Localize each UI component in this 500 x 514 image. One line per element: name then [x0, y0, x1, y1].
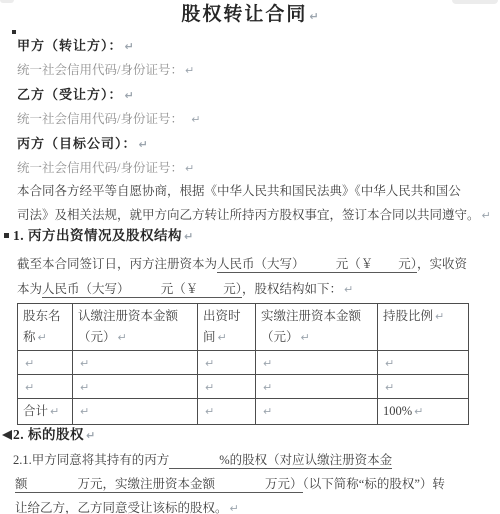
- paragraph-mark: ↵: [184, 230, 193, 243]
- paragraph-mark: ↵: [50, 405, 59, 418]
- empty-cell: ↵: [256, 375, 378, 399]
- header-cell-paid-capital: 实缴注册资本金额（元）↵: [256, 304, 378, 351]
- shareholder-table: 股东名称↵ 认缴注册资本金额（元）↵ 出资时间↵ 实缴注册资本金额（元）↵ 持股…: [17, 303, 469, 425]
- document-title: 股权转让合同↵: [0, 3, 500, 29]
- capital-line-1-pre: 截至本合同签订日，丙方注册资本为: [17, 257, 217, 271]
- empty-cell: ↵: [256, 351, 378, 375]
- document-title-text: 股权转让合同: [181, 4, 307, 25]
- empty-cell: ↵: [256, 399, 378, 425]
- paragraph-mark: ↵: [80, 357, 89, 370]
- table-row: ↵ ↵ ↵ ↵ ↵: [18, 375, 469, 399]
- empty-cell: ↵: [18, 351, 73, 375]
- clause-2-1-pre: 2.1.甲方同意将其持有的丙方: [13, 453, 169, 467]
- document-page: 股权转让合同↵ 甲方（转让方）：↵ 统一社会信用代码/身份证号：↵ 乙方（受让方…: [0, 0, 500, 514]
- party-b-credit-code-text: 统一社会信用代码/身份证号：: [17, 112, 189, 126]
- party-b-label-text: 乙方（受让方）：: [17, 87, 123, 102]
- clause-2-1-line-3-text: 让给乙方，乙方同意受让该标的股权。: [15, 501, 228, 514]
- paragraph-mark: ↵: [205, 357, 214, 370]
- section1-heading: 1. 丙方出资情况及股权结构↵: [13, 228, 193, 245]
- empty-cell: ↵: [198, 375, 256, 399]
- paragraph-mark: ↵: [185, 64, 194, 77]
- preamble-line-2-text: 司法》及相关法规，就甲方向乙方转让所持丙方股权事宜，签订本合同以共同遵守。: [17, 208, 480, 222]
- empty-cell: ↵: [73, 399, 198, 425]
- header-subscribed-line1: 认缴注册资本金额: [78, 306, 195, 327]
- empty-cell: ↵: [73, 375, 198, 399]
- total-label-text: 合计: [23, 404, 48, 418]
- preamble-line-2: 司法》及相关法规，就甲方向乙方转让所持丙方股权事宜，签订本合同以共同遵守。↵: [17, 207, 491, 224]
- header-time-line1: 出资时: [203, 306, 253, 327]
- clause-2-1-blank-2: 额 万元，实缴注册资本金额 万元）: [15, 477, 303, 493]
- clause-2-1-post: （以下简称“标的股权”）转: [303, 477, 445, 491]
- header-paid-line1: 实缴注册资本金额: [261, 306, 375, 327]
- clause-2-1-line-2: 额 万元，实缴注册资本金额 万元）（以下简称“标的股权”）转: [15, 476, 445, 492]
- paragraph-mark: ↵: [301, 331, 310, 344]
- paragraph-mark: ↵: [185, 162, 194, 175]
- header-shareholder-line2: 称: [23, 330, 36, 344]
- paragraph-mark: ↵: [414, 405, 423, 418]
- paragraph-mark: ↵: [118, 331, 127, 344]
- party-a-label-text: 甲方（转让方）：: [17, 38, 123, 53]
- section1-bullet-icon: [4, 233, 9, 238]
- header-cell-share-ratio: 持股比例↵: [378, 304, 469, 351]
- section2-collapse-triangle-icon: [2, 430, 12, 440]
- table-header-row: 股东名称↵ 认缴注册资本金额（元）↵ 出资时间↵ 实缴注册资本金额（元）↵ 持股…: [18, 304, 469, 351]
- paragraph-mark: ↵: [25, 381, 34, 394]
- header-cell-shareholder: 股东名称↵: [18, 304, 73, 351]
- party-b-credit-code-line: 统一社会信用代码/身份证号： ↵: [17, 111, 200, 128]
- section2-heading-text: 2. 标的股权: [13, 427, 84, 442]
- paragraph-mark: ↵: [125, 89, 134, 102]
- preamble-line-1: 本合同各方经平等自愿协商，根据《中华人民共和国民法典》《中华人民共和国公: [17, 183, 461, 199]
- capital-blank-2: 人民币（大写） 元（￥ 元）: [42, 282, 242, 298]
- header-cell-subscribed-capital: 认缴注册资本金额（元）↵: [73, 304, 198, 351]
- empty-cell: ↵: [198, 399, 256, 425]
- total-label-cell: 合计↵: [18, 399, 73, 425]
- capital-line-2-pre: 本为: [17, 282, 42, 296]
- paragraph-mark: ↵: [309, 10, 318, 23]
- party-c-label-text: 丙方（目标公司）：: [17, 136, 137, 151]
- party-b-label: 乙方（受让方）：↵: [17, 87, 134, 104]
- empty-cell: ↵: [18, 375, 73, 399]
- paragraph-mark: ↵: [218, 331, 227, 344]
- paragraph-mark: ↵: [25, 357, 34, 370]
- party-c-credit-code-text: 统一社会信用代码/身份证号：: [17, 161, 183, 175]
- empty-cell: ↵: [378, 351, 469, 375]
- paragraph-mark: ↵: [263, 405, 272, 418]
- paragraph-mark: ↵: [385, 357, 394, 370]
- paragraph-mark: ↵: [86, 429, 95, 442]
- paragraph-mark: ↵: [263, 381, 272, 394]
- party-c-credit-code-line: 统一社会信用代码/身份证号：↵: [17, 160, 194, 177]
- paragraph-mark: ↵: [125, 40, 134, 53]
- capital-line-2-post: ，股权结构如下：: [242, 282, 342, 296]
- header-shareholder-line1: 股东名: [23, 306, 70, 327]
- capital-line-1: 截至本合同签订日，丙方注册资本为人民币（大写） 元（￥ 元），实收资: [17, 256, 467, 272]
- empty-cell: ↵: [73, 351, 198, 375]
- empty-cell: ↵: [198, 351, 256, 375]
- header-cell-contribution-time: 出资时间↵: [198, 304, 256, 351]
- party-a-label: 甲方（转让方）：↵: [17, 38, 134, 55]
- empty-cell: ↵: [378, 375, 469, 399]
- clause-2-1-line-3: 让给乙方，乙方同意受让该标的股权。↵: [15, 500, 239, 514]
- clause-2-1-blank-1: %的股权（对应认缴注册资本金: [169, 453, 392, 469]
- header-subscribed-line2: （元）: [78, 330, 116, 344]
- header-time-line2: 间: [203, 330, 216, 344]
- total-ratio-cell: 100%↵: [378, 399, 469, 425]
- paragraph-mark: ↵: [435, 310, 444, 323]
- paragraph-mark: ↵: [230, 502, 239, 514]
- paragraph-mark: ↵: [385, 381, 394, 394]
- header-paid-line2: （元）: [261, 330, 299, 344]
- capital-line-2: 本为人民币（大写） 元（￥ 元），股权结构如下：↵: [17, 281, 353, 298]
- party-c-label: 丙方（目标公司）：↵: [17, 136, 148, 153]
- capital-blank-1: 人民币（大写） 元（￥ 元）: [217, 257, 417, 273]
- party-a-credit-code-text: 统一社会信用代码/身份证号：: [17, 63, 183, 77]
- table-total-row: 合计↵ ↵ ↵ ↵ 100%↵: [18, 399, 469, 425]
- paragraph-mark: ↵: [191, 113, 200, 126]
- paragraph-mark: ↵: [80, 381, 89, 394]
- anchor-square-icon: [12, 30, 16, 34]
- paragraph-mark: ↵: [139, 138, 148, 151]
- clause-2-1-line-1: 2.1.甲方同意将其持有的丙方 %的股权（对应认缴注册资本金: [13, 452, 392, 468]
- header-ratio-line1: 持股比例: [383, 309, 433, 323]
- paragraph-mark: ↵: [482, 209, 491, 222]
- paragraph-mark: ↵: [80, 405, 89, 418]
- paragraph-mark: ↵: [344, 283, 353, 296]
- paragraph-mark: ↵: [205, 405, 214, 418]
- table-row: ↵ ↵ ↵ ↵ ↵: [18, 351, 469, 375]
- section2-heading: 2. 标的股权↵: [13, 427, 95, 444]
- paragraph-mark: ↵: [263, 357, 272, 370]
- capital-line-1-post: ，实收资: [417, 257, 467, 271]
- section1-heading-text: 1. 丙方出资情况及股权结构: [13, 228, 182, 243]
- paragraph-mark: ↵: [38, 331, 47, 344]
- paragraph-mark: ↵: [205, 381, 214, 394]
- total-ratio-text: 100%: [383, 404, 412, 418]
- party-a-credit-code-line: 统一社会信用代码/身份证号：↵: [17, 62, 194, 79]
